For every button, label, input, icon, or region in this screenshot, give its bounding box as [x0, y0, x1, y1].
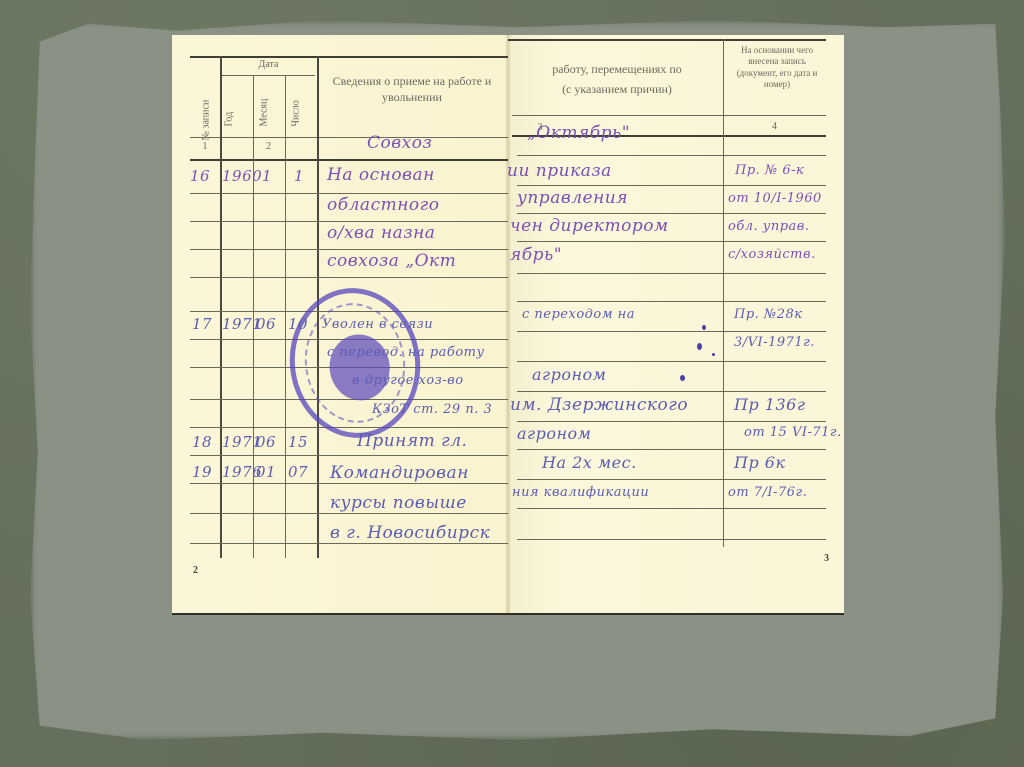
entry-17-basis-1: 3/VI-1971г. — [734, 335, 815, 350]
entry-16-day: 1 — [294, 167, 304, 185]
row-rule — [517, 273, 826, 274]
entry-16-left-line-1: На основан — [327, 165, 435, 185]
entry-19-left-line-2: в г. Новосибирск — [330, 523, 490, 543]
right-page-number: 3 — [824, 553, 829, 564]
entry-18-right-line-2: агроном — [517, 424, 591, 443]
header-month: Месяц — [259, 87, 270, 127]
left-page-number: 2 — [193, 565, 198, 576]
entry-18-right-line-0: агроном — [532, 365, 606, 384]
entry-16-record-no: 16 — [190, 167, 210, 185]
row-rule — [517, 213, 826, 214]
row-rule — [517, 241, 826, 242]
entry-16-basis-3: с/хозяйств. — [728, 247, 816, 262]
entry-16-left-line-0: Совхоз — [367, 133, 432, 153]
entry-19-left-line-1: курсы повыше — [330, 493, 467, 513]
row-rule — [190, 277, 508, 278]
entry-16-right-line-3: чен директором — [510, 216, 669, 236]
row-rule — [190, 455, 508, 456]
header-date: Дата — [220, 59, 317, 72]
row-rule — [190, 543, 508, 544]
row-rule — [517, 331, 826, 332]
col-number-2: 2 — [220, 141, 317, 154]
header-top-rule-right — [508, 39, 826, 41]
ink-blot — [697, 343, 702, 350]
entry-16-right-line-0: „Октябрь" — [527, 123, 630, 143]
entry-18-basis-0: Пр 136г — [734, 395, 805, 414]
row-rule — [517, 185, 826, 186]
row-rule — [517, 361, 826, 362]
entry-17-day: 10 — [288, 315, 308, 333]
entry-18-day: 15 — [288, 433, 308, 451]
entry-19-month: 01 — [256, 463, 276, 481]
col-divider-basis — [723, 39, 724, 547]
row-rule — [190, 193, 508, 194]
entry-16-basis-1: от 10/I-1960 — [728, 191, 822, 206]
row-rule — [517, 421, 826, 422]
row-rule — [517, 155, 826, 156]
row-rule — [517, 301, 826, 302]
ink-blot — [712, 353, 715, 356]
row-rule — [190, 513, 508, 514]
entry-18-left-line-0: Принят гл. — [357, 431, 467, 451]
row-rule — [517, 479, 826, 480]
row-rule — [517, 449, 826, 450]
page-fold — [505, 35, 511, 613]
entry-17-basis-0: Пр. №28к — [734, 307, 803, 322]
entry-16-left-line-4: совхоза „Окт — [327, 251, 456, 271]
entry-16-basis-2: обл. управ. — [728, 219, 810, 234]
entry-17-left-line-1: с перевод. на работу — [327, 345, 485, 360]
entry-16-left-line-2: областного — [327, 195, 439, 215]
header-number-rule — [190, 137, 508, 138]
header-year: Год — [224, 87, 235, 127]
entry-19-left-line-0: Командирован — [330, 463, 469, 483]
entry-17-record-no: 17 — [192, 315, 212, 333]
entry-17-left-line-2: в другое хоз-во — [352, 373, 464, 388]
header-info-left: Сведения о приеме на работе и увольнении — [332, 73, 492, 105]
entry-18-basis-1: от 15 VI-71г. — [744, 425, 842, 440]
row-rule — [517, 508, 826, 509]
entry-19-record-no: 19 — [192, 463, 212, 481]
entry-16-basis-0: Пр. № 6-к — [735, 163, 804, 178]
header-number-rule-right — [512, 115, 826, 116]
ink-blot — [702, 325, 706, 330]
row-rule — [190, 249, 508, 250]
entry-19-right-line-1: ния квалификации — [512, 485, 649, 500]
entry-18-record-no: 18 — [192, 433, 212, 451]
entry-18-month: 06 — [256, 433, 276, 451]
entry-18-right-line-1: им. Дзержинского — [510, 395, 688, 415]
entry-19-basis-1: от 7/I-76г. — [728, 485, 807, 500]
entry-19-day: 07 — [288, 463, 308, 481]
header-record-no: № записи — [201, 61, 212, 141]
entry-19-basis-0: Пр 6к — [734, 453, 786, 472]
entry-17-right-line-0: с переходом на — [522, 307, 635, 322]
entry-16-right-line-4: ябрь" — [510, 245, 562, 265]
entry-17-left-line-0: Уволен в связи — [322, 317, 433, 332]
header-day: Число — [291, 87, 302, 127]
date-group-rule — [220, 75, 315, 76]
entry-16-year: 1960 — [222, 167, 262, 185]
header-bottom-rule — [190, 159, 508, 161]
row-rule — [517, 539, 826, 540]
ink-blot — [680, 375, 685, 381]
row-rule — [190, 221, 508, 222]
header-info-right-1: работу, перемещениях по — [517, 61, 717, 77]
row-rule — [517, 391, 826, 392]
header-basis: На основании чего внесена запись (докуме… — [728, 45, 826, 90]
col-number-1: 1 — [190, 141, 220, 154]
header-top-rule — [190, 56, 508, 58]
employment-record-book: № записи Дата Год Месяц Число Сведения о… — [172, 35, 844, 613]
entry-16-left-line-3: о/хва назна — [327, 223, 435, 243]
col-number-4: 4 — [723, 121, 826, 134]
header-info-right-2: (с указанием причин) — [517, 81, 717, 97]
entry-17-month: 06 — [256, 315, 276, 333]
entry-16-month: 1 — [262, 167, 272, 185]
entry-17-left-line-3: КЗоТ ст. 29 п. 3 — [372, 402, 492, 417]
entry-16-right-line-2: управления — [517, 188, 628, 208]
entry-16-right-line-1: ии приказа — [507, 161, 612, 181]
entry-19-right-line-0: На 2х мес. — [542, 453, 637, 472]
row-rule — [190, 483, 508, 484]
